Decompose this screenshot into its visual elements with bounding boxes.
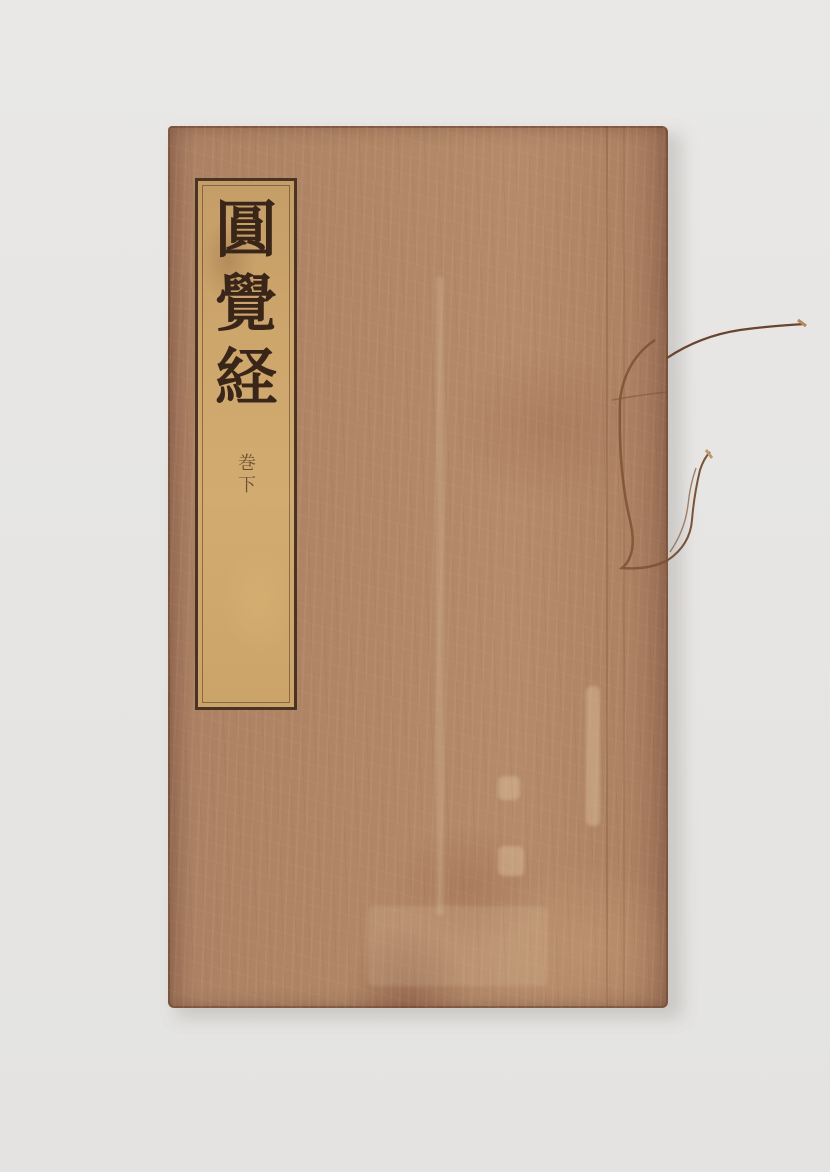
string-tie-upper xyxy=(667,324,804,358)
string-loop xyxy=(620,340,668,568)
binding-strings xyxy=(0,0,830,1172)
string-tie-lower xyxy=(668,452,710,560)
